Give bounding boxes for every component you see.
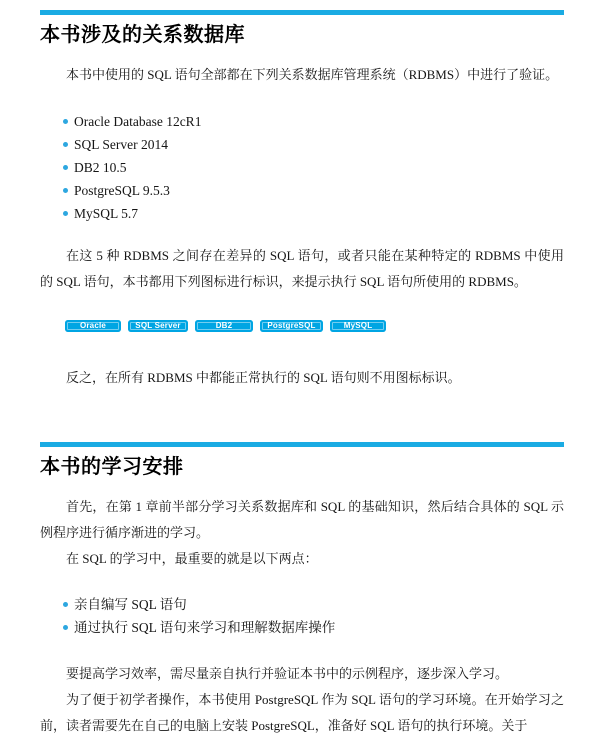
badge-sql-server: SQL Server (128, 320, 188, 332)
badge-oracle: Oracle (65, 320, 121, 332)
rdbms-badge-row: Oracle SQL Server DB2 PostgreSQL MySQL (65, 320, 564, 332)
badge-db2: DB2 (195, 320, 253, 332)
section-related-databases: 本书涉及的关系数据库 本书中使用的 SQL 语句全部都在下列关系数据库管理系统（… (40, 10, 564, 391)
section-heading: 本书的学习安排 (40, 454, 564, 480)
list-item: DB2 10.5 (63, 156, 564, 179)
section-rule (40, 10, 564, 15)
two-points-paragraph: 在 SQL 的学习中，最重要的就是以下两点： (40, 546, 564, 572)
list-item: Oracle Database 12cR1 (63, 110, 564, 133)
list-item: SQL Server 2014 (63, 133, 564, 156)
book-page: 本书涉及的关系数据库 本书中使用的 SQL 语句全部都在下列关系数据库管理系统（… (0, 0, 591, 756)
no-icon-paragraph: 反之，在所有 RDBMS 中都能正常执行的 SQL 语句则不用图标标识。 (40, 365, 564, 391)
icons-explanation-paragraph: 在这 5 种 RDBMS 之间存在差异的 SQL 语句，或者只能在某种特定的 R… (40, 243, 564, 295)
list-item: PostgreSQL 9.5.3 (63, 179, 564, 202)
section-learning-plan: 本书的学习安排 首先，在第 1 章前半部分学习关系数据库和 SQL 的基础知识，… (40, 442, 564, 739)
badge-postgresql: PostgreSQL (260, 320, 323, 332)
list-item: 通过执行 SQL 语句来学习和理解数据库操作 (63, 616, 564, 639)
learning-points-list: 亲自编写 SQL 语句 通过执行 SQL 语句来学习和理解数据库操作 (40, 593, 564, 639)
list-item: 亲自编写 SQL 语句 (63, 593, 564, 616)
list-item: MySQL 5.7 (63, 202, 564, 225)
learning-intro-paragraph: 首先，在第 1 章前半部分学习关系数据库和 SQL 的基础知识，然后结合具体的 … (40, 494, 564, 546)
section-heading: 本书涉及的关系数据库 (40, 22, 564, 48)
badge-mysql: MySQL (330, 320, 386, 332)
rdbms-version-list: Oracle Database 12cR1 SQL Server 2014 DB… (40, 110, 564, 225)
section-rule (40, 442, 564, 447)
postgresql-setup-paragraph: 为了便于初学者操作，本书使用 PostgreSQL 作为 SQL 语句的学习环境… (40, 687, 564, 739)
efficiency-paragraph: 要提高学习效率，需尽量亲自执行并验证本书中的示例程序，逐步深入学习。 (40, 661, 564, 687)
intro-paragraph: 本书中使用的 SQL 语句全部都在下列关系数据库管理系统（RDBMS）中进行了验… (40, 62, 564, 88)
